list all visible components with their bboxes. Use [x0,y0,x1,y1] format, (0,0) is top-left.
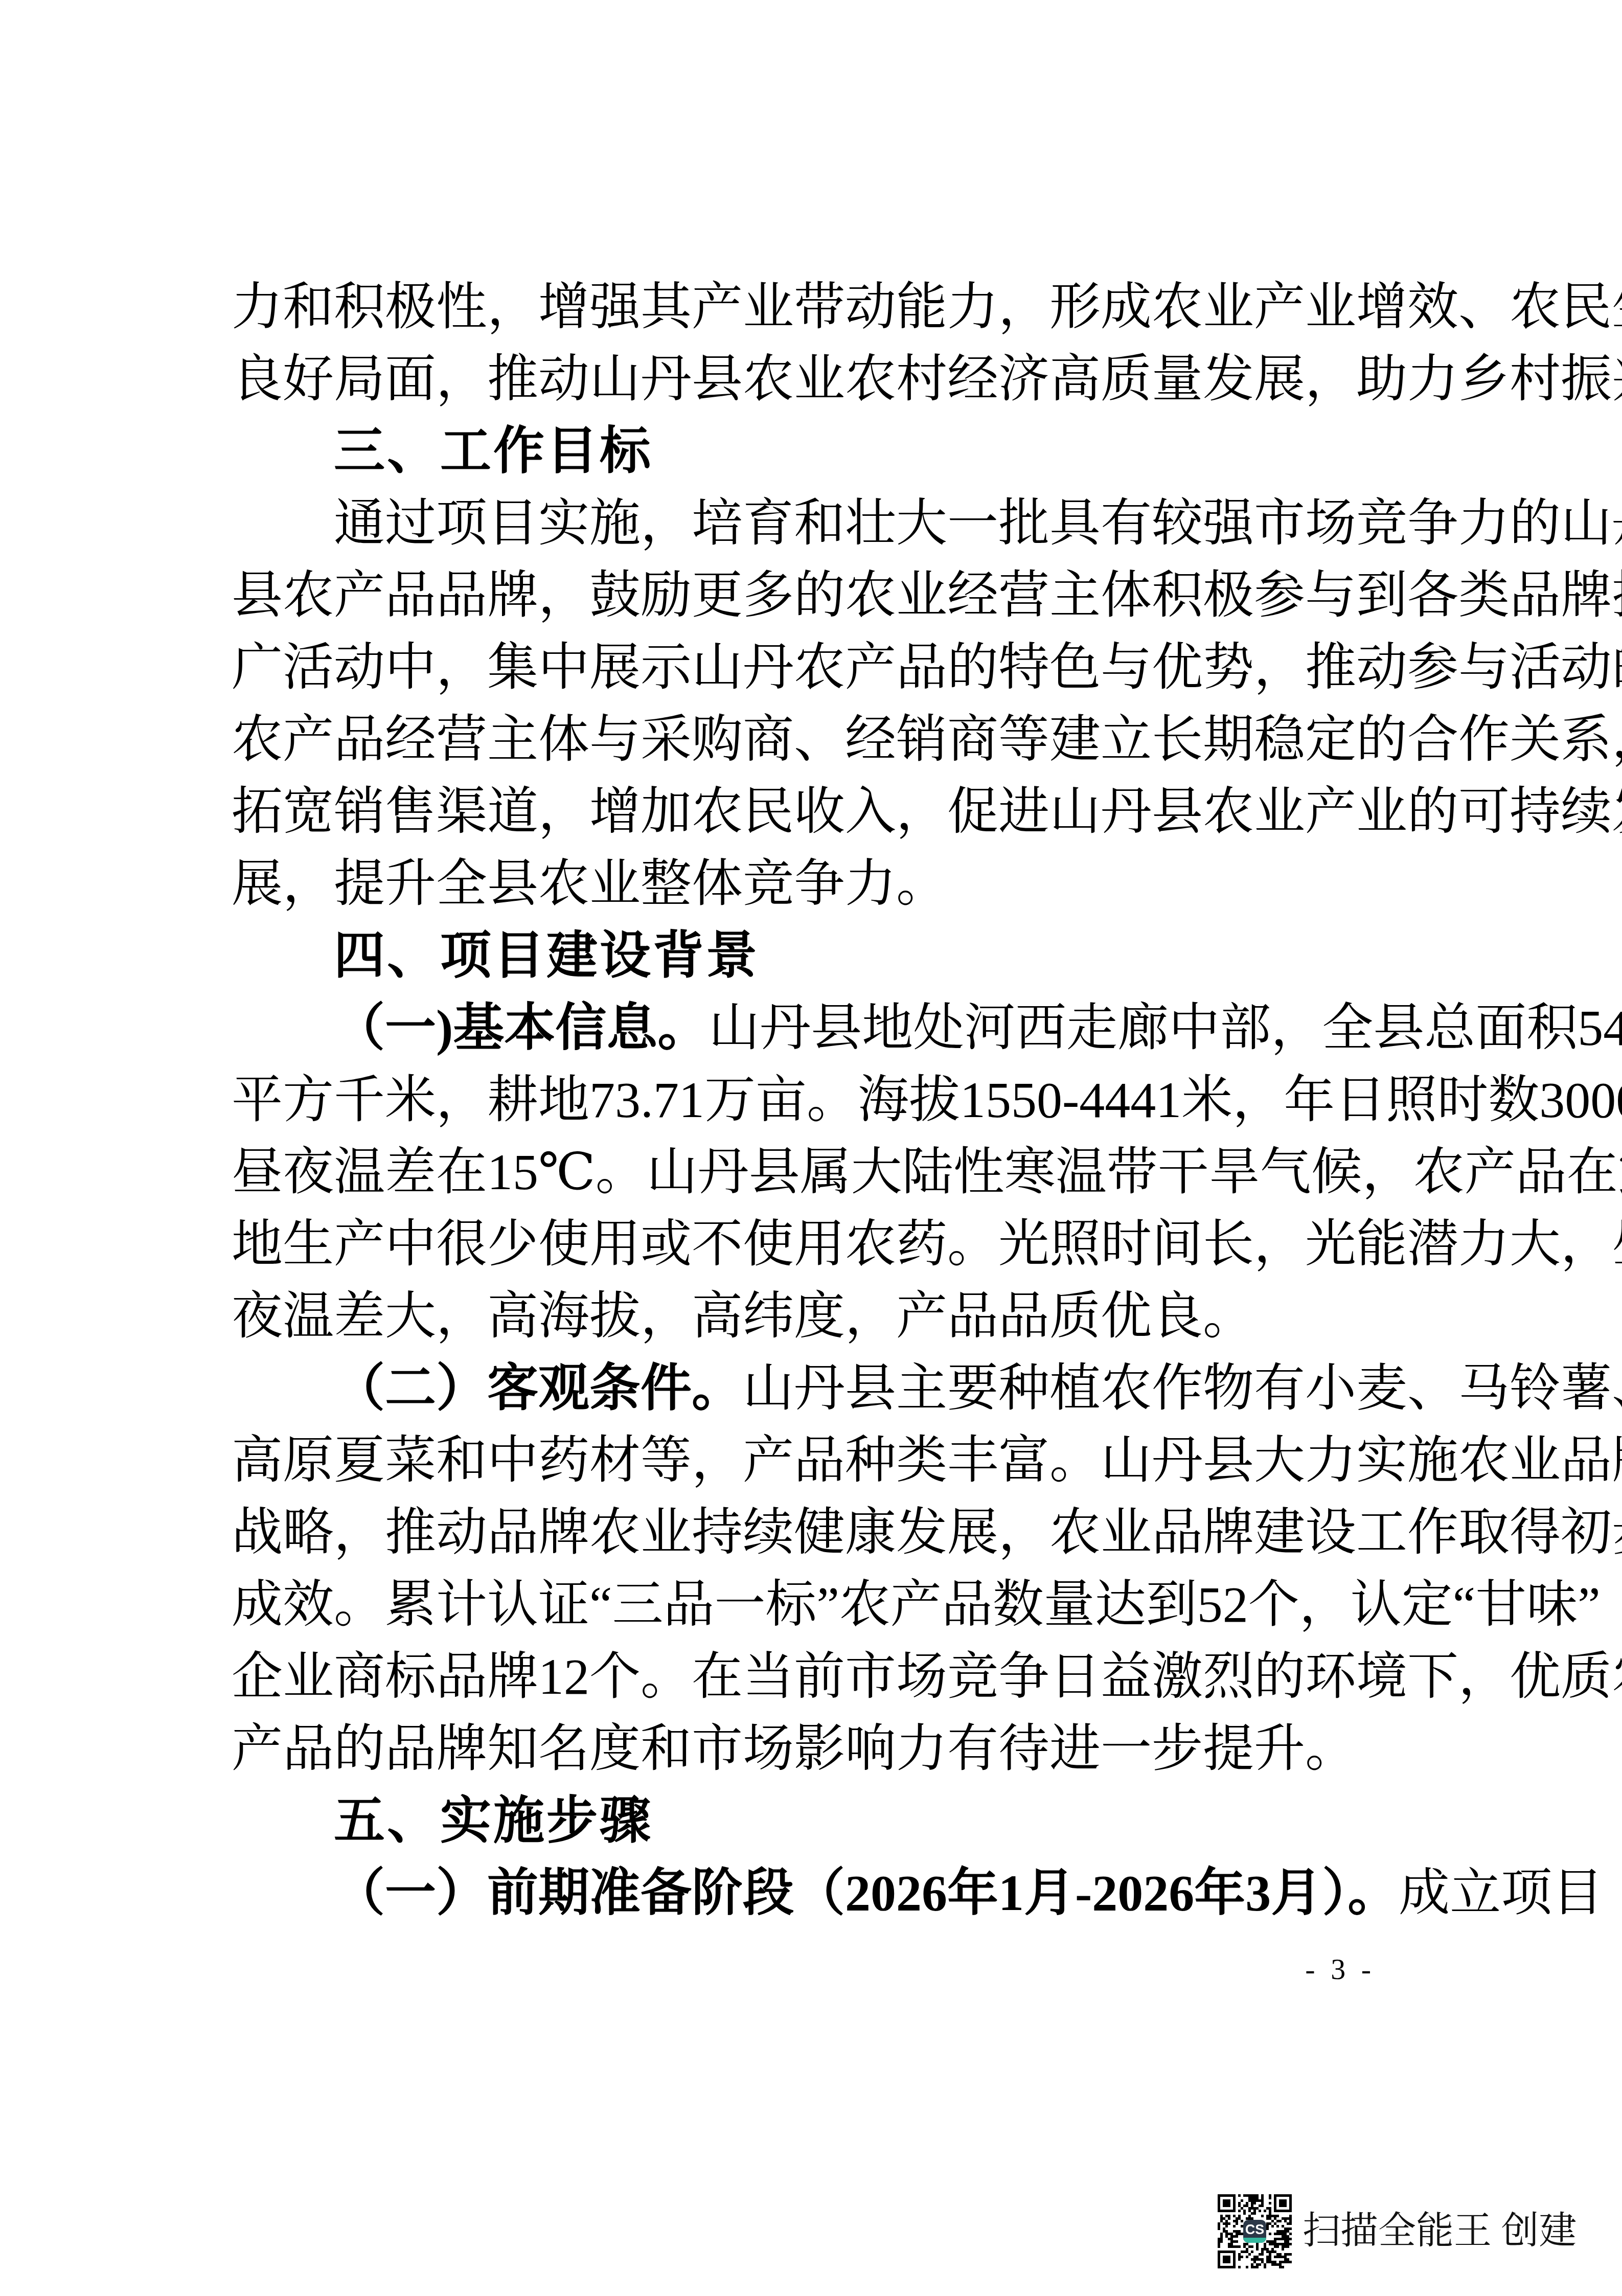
text-line: 平方千米，耕地73.71万亩。海拔1550-4441米，年日照时数3000h， [232,1064,1363,1136]
page-number: - 3 - [1305,1949,1375,1990]
text-line: 高原夏菜和中药材等，产品种类丰富。山丹县大力实施农业品牌 [232,1424,1363,1496]
camscanner-logo-text: CS [1243,2221,1266,2238]
section-heading: 四、项目建设背景 [232,920,1363,992]
text-line: 农产品经营主体与采购商、经销商等建立长期稳定的合作关系， [232,703,1363,776]
document-body: 力和积极性，增强其产业带动能力，形成农业产业增效、农民生活富裕的 良好局面，推动… [232,271,1363,1929]
text-line: （一)基本信息。山丹县地处河西走廊中部，全县总面积5402 [232,992,1363,1064]
text-line: 战略，推动品牌农业持续健康发展，农业品牌建设工作取得初步 [232,1496,1363,1568]
text-line: 拓宽销售渠道，增加农民收入，促进山丹县农业产业的可持续发 [232,776,1363,848]
text-line: 产品的品牌知名度和市场影响力有待进一步提升。 [232,1713,1363,1785]
text-line: 良好局面，推动山丹县农业农村经济高质量发展，助力乡村振兴建设。 [232,343,1363,415]
scanned-document-page: 力和积极性，增强其产业带动能力，形成农业产业增效、农民生活富裕的 良好局面，推动… [0,0,1622,2296]
text-line: 广活动中，集中展示山丹农产品的特色与优势，推动参与活动的 [232,631,1363,703]
text-line: 展，提升全县农业整体竞争力。 [232,848,1363,920]
text-line: 昼夜温差在15℃。山丹县属大陆性寒温带干旱气候，农产品在露 [232,1136,1363,1208]
text-line: （一）前期准备阶段（2026年1月-2026年3月）。成立项目 [232,1857,1363,1929]
qr-code: CS [1218,2194,1292,2268]
camscanner-logo: CS [1243,2220,1266,2243]
section-heading: 五、实施步骤 [232,1785,1363,1857]
text-line: 成效。累计认证“三品一标”农产品数量达到52个，认定“甘味” [232,1568,1363,1641]
text-line: 通过项目实施，培育和壮大一批具有较强市场竞争力的山丹 [232,487,1363,559]
text-line: 企业商标品牌12个。在当前市场竞争日益激烈的环境下，优质农 [232,1641,1363,1713]
text-line: 县农产品品牌，鼓励更多的农业经营主体积极参与到各类品牌推 [232,559,1363,631]
text-line: 力和积极性，增强其产业带动能力，形成农业产业增效、农民生活富裕的 [232,271,1363,343]
section-heading: 三、工作目标 [232,415,1363,487]
camscanner-logo-accent-bar [1243,2238,1266,2243]
camscanner-watermark-text: 扫描全能王 创建 [1303,2208,1577,2255]
text-line: 夜温差大，高海拔，高纬度，产品品质优良。 [232,1280,1363,1352]
text-line: （二）客观条件。山丹县主要种植农作物有小麦、马铃薯、 [232,1352,1363,1424]
text-line: 地生产中很少使用或不使用农药。光照时间长，光能潜力大，昼 [232,1208,1363,1280]
